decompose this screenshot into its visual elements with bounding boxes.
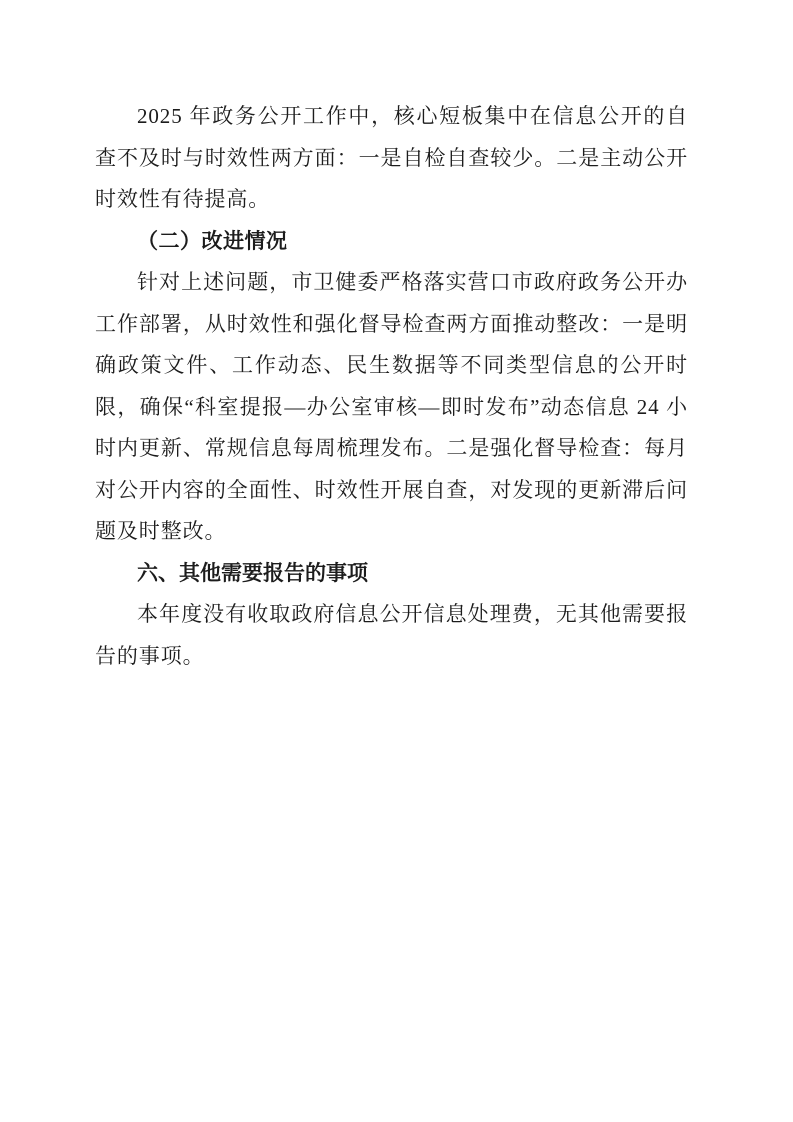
document-page: 2025 年政务公开工作中，核心短板集中在信息公开的自查不及时与时效性两方面：一… xyxy=(0,0,793,1122)
paragraph-shortcomings: 2025 年政务公开工作中，核心短板集中在信息公开的自查不及时与时效性两方面：一… xyxy=(95,96,688,221)
section-heading-improvements: （二）改进情况 xyxy=(95,221,688,263)
section-heading-other-items: 六、其他需要报告的事项 xyxy=(95,553,688,595)
paragraph-other-items: 本年度没有收取政府信息公开信息处理费，无其他需要报告的事项。 xyxy=(95,594,688,677)
document-body: 2025 年政务公开工作中，核心短板集中在信息公开的自查不及时与时效性两方面：一… xyxy=(95,96,688,677)
paragraph-improvements: 针对上述问题，市卫健委严格落实营口市政府政务公开办工作部署，从时效性和强化督导检… xyxy=(95,262,688,553)
